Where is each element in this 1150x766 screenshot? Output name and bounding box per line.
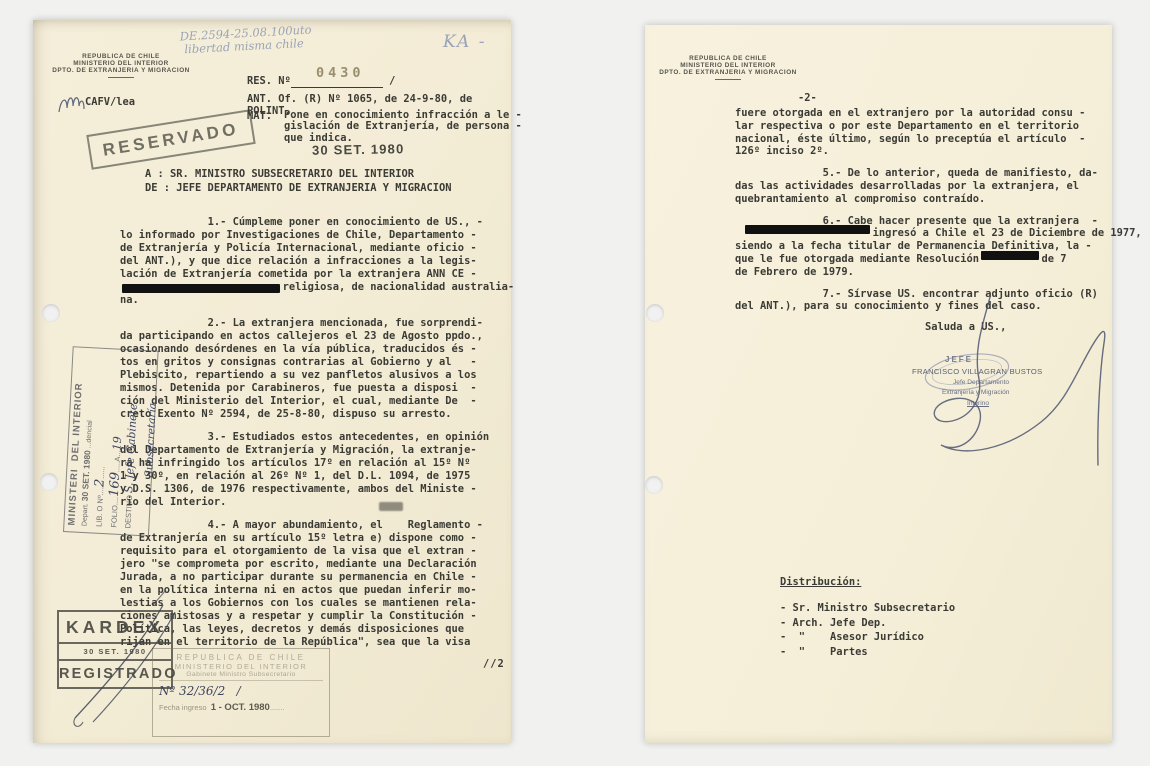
ink-smudge: [379, 502, 403, 511]
date-received-stamp: 30 SET. 1980: [312, 141, 405, 158]
gabinete-line3: Gabinete Ministro Subsecretario: [159, 671, 323, 681]
registry-dept-label: Depart.: [81, 503, 89, 526]
signatory-title2: Extranjería y Migración: [942, 389, 1009, 396]
gabinete-line1: REPUBLICA DE CHILE: [159, 653, 323, 662]
distribution-list: - Sr. Ministro Subsecretario- Arch. Jefe…: [780, 601, 955, 660]
body-text-page1: 1.- Cúmpleme poner en conocimiento de US…: [120, 216, 510, 649]
destino-label: DESTINO: [123, 495, 134, 529]
addressee-to-line: A : SR. MINISTRO SUBSECRETARIO DEL INTER…: [145, 168, 414, 180]
res-number-stamp: 0430: [316, 65, 365, 81]
letterhead-lines: REPUBLICA DE CHILEMINISTERIO DEL INTERIO…: [658, 55, 798, 77]
mat-lines: Pone en conocimiento infracción a le -gi…: [284, 110, 522, 144]
fecha-label: Fecha ingreso: [159, 703, 207, 712]
gabinete-stamp: REPUBLICA DE CHILE MINISTERIO DEL INTERI…: [152, 648, 330, 737]
letterhead-lines: REPUBLICA DE CHILEMINISTERIO DEL INTERIO…: [51, 53, 191, 75]
res-label: RES. Nº: [247, 75, 291, 87]
redaction-bar-name: [745, 225, 870, 234]
letterhead-page1: REPUBLICA DE CHILEMINISTERIO DEL INTERIO…: [51, 53, 191, 78]
signatory-name: FRANCISCO VILLAGRAN BUSTOS: [912, 367, 1042, 376]
fecha-dots: .......: [270, 703, 285, 712]
page-2: REPUBLICA DE CHILEMINISTERIO DEL INTERIO…: [645, 25, 1112, 743]
pencil-annotation: DE.2594-25.08.100uto libertad misma chil…: [179, 24, 312, 56]
closing-salutation: Saluda a US.,: [925, 321, 1006, 333]
fecha-value-stamp: 1 - OCT. 1980: [211, 702, 270, 713]
distribution-items: - Sr. Ministro Subsecretario- Arch. Jefe…: [780, 601, 955, 660]
signatory-title1: Jefe Departamento: [953, 379, 1009, 386]
lib-label: LIB. O Nº: [94, 495, 105, 527]
redaction-bar-resolution: [981, 251, 1039, 260]
page-continuation-marker: //2: [483, 658, 505, 670]
hole-punch: [646, 304, 664, 322]
gabinete-fecha-row: Fecha ingreso 1 - OCT. 1980.......: [159, 702, 323, 713]
scanned-document-view: { "page1": { "letterhead": ["REPUBLICA D…: [0, 0, 1150, 766]
signatory-title3: Interino: [967, 400, 989, 407]
lib-value-handwritten: 2: [92, 478, 107, 487]
pencil-annotation-top-right: KA -: [443, 32, 486, 52]
gabinete-line2: MINISTERIO DEL INTERIOR: [159, 662, 323, 671]
page-1: REPUBLICA DE CHILEMINISTERIO DEL INTERIO…: [33, 20, 511, 743]
folio-suffix: .....A...: [112, 450, 122, 472]
addressee-from-line: DE : JEFE DEPARTAMENTO DE EXTRANJERIA Y …: [145, 182, 452, 194]
initials-squiggle: [59, 98, 84, 112]
mat-label: MAT.: [247, 110, 272, 122]
jefe-stamp-text: JEFE: [945, 355, 973, 364]
res-slash: /: [389, 75, 395, 87]
letterhead-page2: REPUBLICA DE CHILEMINISTERIO DEL INTERIO…: [658, 55, 798, 80]
kardex-stroke-hook: [74, 718, 83, 726]
registry-stamp-vertical: MINISTERI DEL INTERIOR Depart. 30 SET. 1…: [63, 346, 159, 536]
folio-value-handwritten: 169: [107, 472, 123, 498]
letterhead-rule: [715, 79, 741, 80]
kardex-title: KARDEX: [59, 612, 171, 644]
redaction-bar-name: [122, 284, 280, 293]
registry-dept-suffix: dencial: [86, 420, 94, 443]
typist-initials: CAFV/lea: [85, 96, 135, 108]
gabinete-number-handwritten: Nº 32/36/2 /: [159, 684, 323, 698]
registry-date-stamp: 30 SET. 1980: [80, 450, 93, 502]
reservado-stamp: RESERVADO: [86, 109, 255, 169]
folio-value2-handwritten: 19: [110, 436, 124, 451]
mat-block: MAT. Pone en conocimiento infracción a l…: [247, 110, 522, 144]
body-text-page2: fuere otorgada en el extranjero por la a…: [735, 107, 1115, 313]
page-number: -2-: [798, 92, 817, 104]
hole-punch: [40, 473, 58, 491]
distribution-title: Distribución:: [780, 576, 861, 588]
hole-punch: [42, 304, 60, 322]
hole-punch: [645, 476, 663, 494]
folio-label: FOLIO....: [109, 497, 120, 528]
letterhead-rule: [108, 77, 134, 78]
